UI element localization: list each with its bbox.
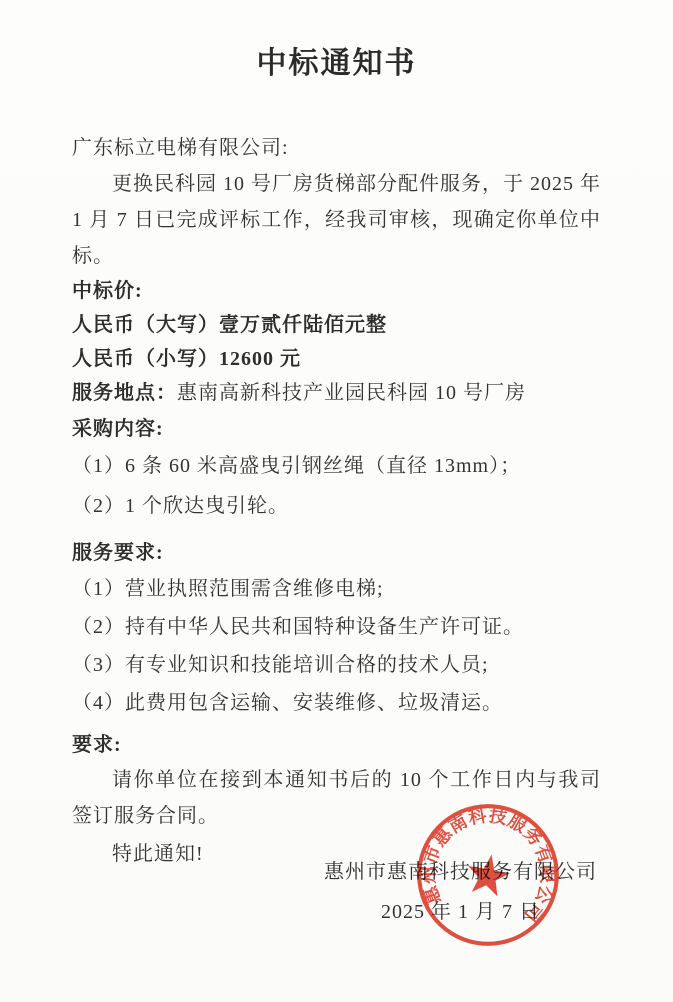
service-requirement-4: （4）此费用包含运输、安装维修、垃圾清运。 [72, 684, 601, 722]
price-in-words: 人民币（大写）壹万贰仟陆佰元整 [72, 308, 601, 342]
signature-company: 惠州市惠南科技服务有限公司 [324, 852, 597, 892]
intro-paragraph: 更换民科园 10 号厂房货梯部分配件服务，于 2025 年 1 月 7 日已完成… [72, 166, 601, 274]
service-requirements-label: 服务要求: [72, 536, 601, 570]
service-location-label: 服务地点： [72, 382, 177, 404]
document-page: 中标通知书 广东标立电梯有限公司: 更换民科园 10 号厂房货梯部分配件服务，于… [0, 0, 673, 1002]
signature-date: 2025 年 1 月 7 日 [324, 892, 597, 932]
procurement-item-1: （1）6 条 60 米高盛曳引钢丝绳（直径 13mm）； [72, 446, 601, 486]
procurement-label: 采购内容: [72, 412, 601, 446]
requirement-paragraph: 请你单位在接到本通知书后的 10 个工作日内与我司签订服务合同。 [72, 762, 601, 834]
award-price-label: 中标价: [72, 274, 601, 308]
service-requirement-2: （2）持有中华人民共和国特种设备生产许可证。 [72, 608, 601, 646]
requirement-label: 要求: [72, 728, 601, 762]
procurement-item-2: （2）1 个欣达曳引轮。 [72, 486, 601, 526]
addressee: 广东标立电梯有限公司: [72, 130, 601, 166]
price-in-figures: 人民币（小写）12600 元 [72, 342, 601, 376]
signature-block: 惠州市惠南科技服务有限公司 2025 年 1 月 7 日 [324, 852, 597, 932]
service-requirement-3: （3）有专业知识和技能培训合格的技术人员; [72, 646, 601, 684]
service-location: 服务地点：惠南高新科技产业园民科园 10 号厂房 [72, 376, 601, 410]
service-requirement-1: （1）营业执照范围需含维修电梯; [72, 570, 601, 608]
service-location-value: 惠南高新科技产业园民科园 10 号厂房 [177, 382, 526, 404]
document-title: 中标通知书 [72, 42, 601, 86]
